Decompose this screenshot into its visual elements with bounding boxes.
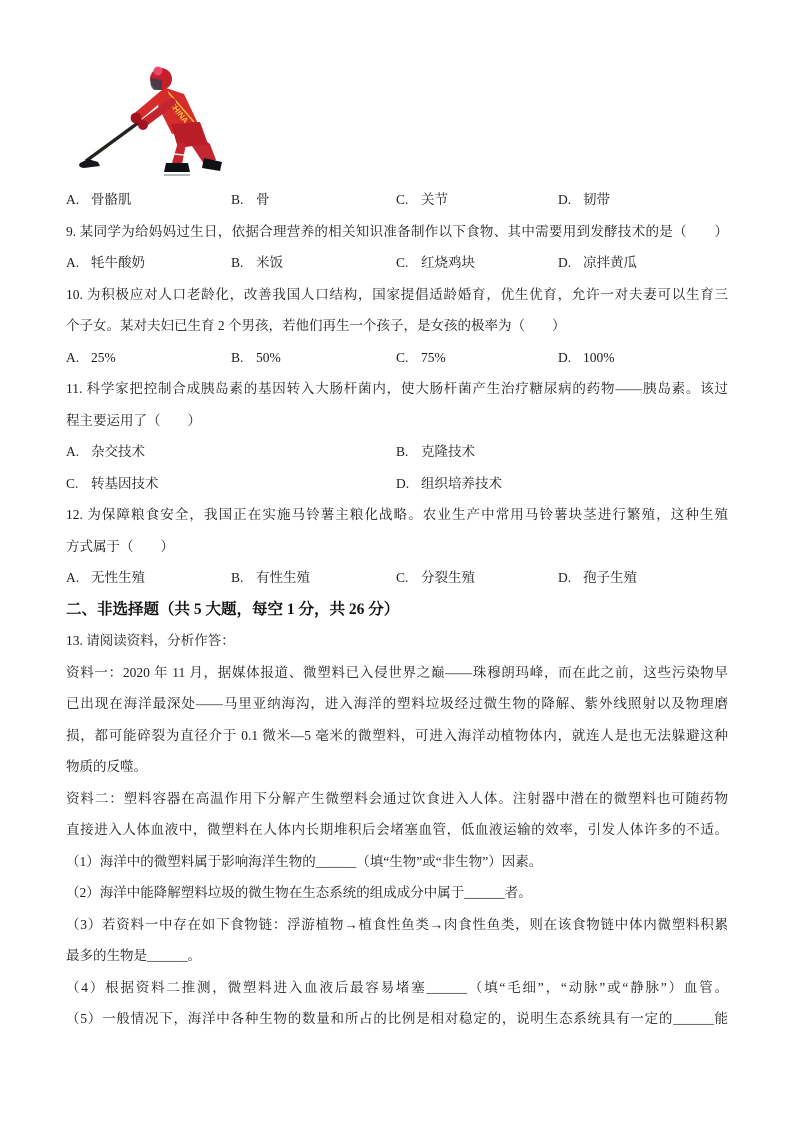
q8-option-a: A.骨骼肌 (66, 184, 231, 216)
exam-text: A.骨骼肌 B.骨 C.关节 D.韧带 9. 某同学为给妈妈过生日，依据合理营养… (66, 184, 728, 1035)
player-back-skate (202, 158, 222, 171)
q10-option-c: C.75% (396, 342, 558, 374)
face-cage (150, 78, 162, 90)
q8-options-row: A.骨骼肌 B.骨 C.关节 D.韧带 (66, 184, 728, 216)
q10-option-b: B.50% (231, 342, 396, 374)
q12-option-c: C.分裂生殖 (396, 562, 558, 594)
q12-stem-line-1: 12. 为保障粮食安全，我国正在实施马铃薯主粮化战略。农业生产中常用马铃薯块茎进… (66, 499, 728, 531)
q12-stem-line-2: 方式属于（ ） (66, 531, 728, 563)
hockey-stick-blade (79, 159, 100, 168)
q13-sub-question-5: （5）一般情况下，海洋中各种生物的数量和所占的比例是相对稳定的，说明生态系统具有… (66, 1003, 728, 1035)
exam-page: CHINA (0, 0, 793, 1122)
q9-options-row: A.牦牛酸奶 B.米饭 C.红烧鸡块 D.凉拌黄瓜 (66, 247, 728, 279)
q8-option-d: D.韧带 (558, 184, 728, 216)
section-2-title: 二、非选择题（共 5 大题，每空 1 分，共 26 分） (66, 594, 728, 626)
helmet-top (154, 67, 163, 76)
q13-intro: 13. 请阅读资料，分析作答： (66, 625, 728, 657)
q12-options-row: A.无性生殖 B.有性生殖 C.分裂生殖 D.孢子生殖 (66, 562, 728, 594)
q13-material1-line-4: 物质的反噬。 (66, 751, 728, 783)
q13-material1-line-1: 资料一：2020 年 11 月，据媒体报道、微塑料已入侵世界之巅——珠穆朗玛峰，… (66, 657, 728, 689)
player-front-skate (164, 163, 190, 172)
q13-material2-line-2: 直接进入人体血液中，微塑料在人体内长期堆积后会堵塞血管，低血液运输的效率，引发人… (66, 814, 728, 846)
q13-material1-line-2: 已出现在海洋最深处——马里亚纳海沟，进入海洋的塑料垃圾经过微生物的降解、紫外线照… (66, 688, 728, 720)
q10-stem-line-2: 个子女。某对夫妇已生育 2 个男孩，若他们再生一个孩子，是女孩的极率为（ ） (66, 310, 728, 342)
q9-stem: 9. 某同学为给妈妈过生日，依据合理营养的相关知识准备制作以下食物、其中需要用到… (66, 216, 728, 248)
q11-option-a: A.杂交技术 (66, 436, 396, 468)
q13-sub-question-2: （2）海洋中能降解塑料垃圾的微生物在生态系统的组成成分中属于______者。 (66, 877, 728, 909)
q11-options-row-2: C.转基因技术 D.组织培养技术 (66, 468, 728, 500)
player-glove-bottom (138, 120, 148, 130)
q9-option-a: A.牦牛酸奶 (66, 247, 231, 279)
player-pants (171, 122, 208, 148)
q11-stem-line-1: 11. 科学家把控制合成胰岛素的基因转入大肠杆菌内，使大肠杆菌产生治疗糖尿病的药… (66, 373, 728, 405)
hockey-stick-shaft (86, 120, 142, 161)
q9-option-c: C.红烧鸡块 (396, 247, 558, 279)
q12-option-b: B.有性生殖 (231, 562, 396, 594)
q13-sub-question-4: （4）根据资料二推测，微塑料进入血液后最容易堵塞______（填“毛细”，“动脉… (66, 972, 728, 1004)
q8-option-b: B.骨 (231, 184, 396, 216)
q13-material2-line-1: 资料二：塑料容器在高温作用下分解产生微塑料会通过饮食进入人体。注射器中潜在的微塑… (66, 783, 728, 815)
sock-stripe (174, 154, 184, 155)
player-front-leg (172, 142, 186, 164)
hockey-player-svg: CHINA (76, 66, 226, 180)
q10-stem-line-1: 10. 为积极应对人口老龄化，改善我国人口结构，国家提倡适龄婚育，优生优育，允许… (66, 279, 728, 311)
q9-option-d: D.凉拌黄瓜 (558, 247, 728, 279)
q10-option-a: A.25% (66, 342, 231, 374)
q13-sub-question-3-line-1: （3）若资料一中存在如下食物链：浮游植物→植食性鱼类→肉食性鱼类，则在该食物链中… (66, 909, 728, 941)
exam-content: CHINA (66, 0, 728, 1035)
q12-option-a: A.无性生殖 (66, 562, 231, 594)
q10-options-row: A.25% B.50% C.75% D.100% (66, 342, 728, 374)
q11-options-row-1: A.杂交技术 B.克隆技术 (66, 436, 728, 468)
q13-sub-question-1: （1）海洋中的微塑料属于影响海洋生物的______（填“生物”或“非生物”）因素… (66, 846, 728, 878)
q9-option-b: B.米饭 (231, 247, 396, 279)
q11-option-b: B.克隆技术 (396, 436, 728, 468)
q8-option-c: C.关节 (396, 184, 558, 216)
q11-option-c: C.转基因技术 (66, 468, 396, 500)
q10-option-d: D.100% (558, 342, 728, 374)
q13-sub-question-3-line-2: 最多的生物是______。 (66, 940, 728, 972)
q12-option-d: D.孢子生殖 (558, 562, 728, 594)
hockey-player-image: CHINA (76, 66, 226, 180)
q11-stem-line-2: 程主要运用了（ ） (66, 405, 728, 437)
q11-option-d: D.组织培养技术 (396, 468, 728, 500)
q13-material1-line-3: 损，都可能碎裂为直径介于 0.1 微米—5 毫米的微塑料，可进入海洋动植物体内，… (66, 720, 728, 752)
